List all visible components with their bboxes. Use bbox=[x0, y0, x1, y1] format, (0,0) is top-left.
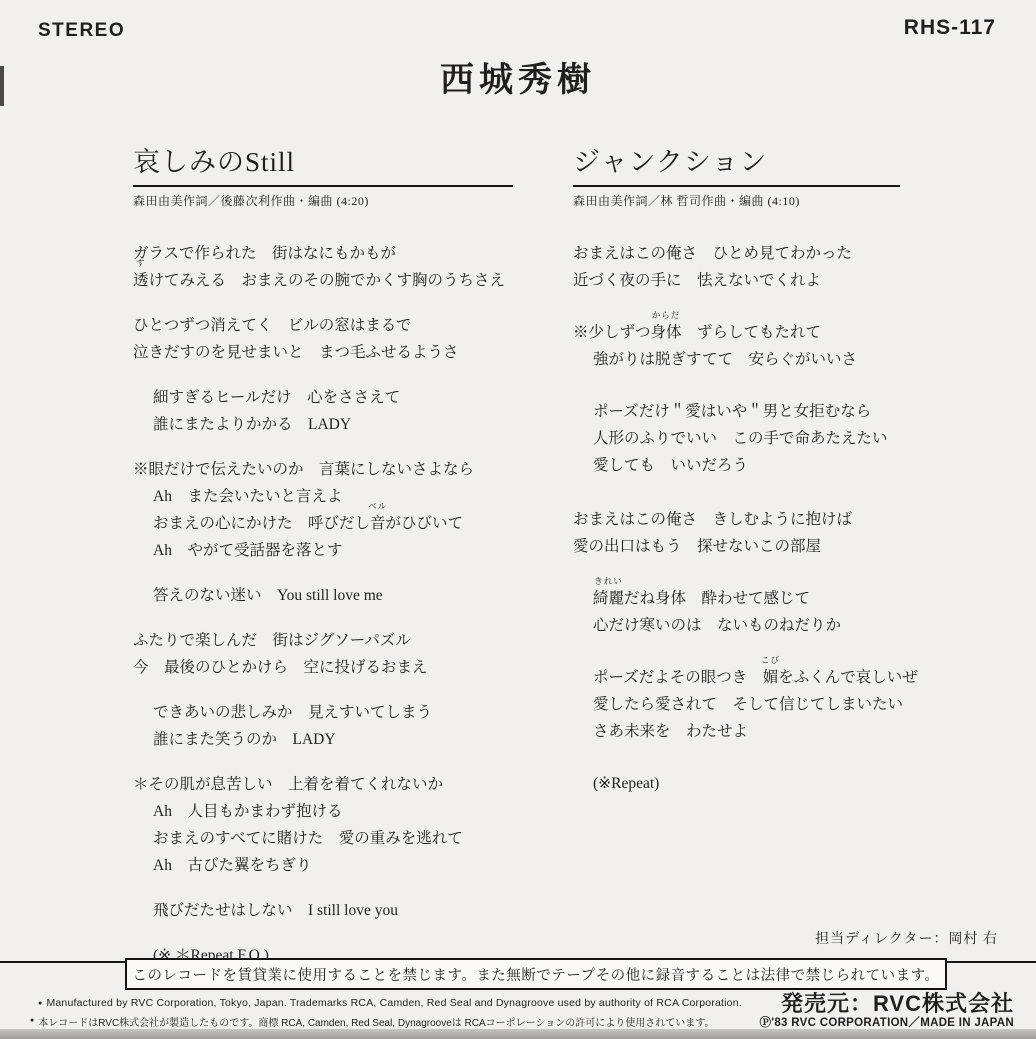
song-title: ジャンクション bbox=[573, 140, 900, 187]
manufactured-line-jp: ● 本レコードはRVC株式会社が製造したものです。商標 RCA, Camden,… bbox=[30, 1014, 714, 1029]
stanza: おまえはこの俺さ きしむように抱けば愛の出口はもう 探せないこの部屋 bbox=[573, 506, 1025, 560]
bullet-icon: ● bbox=[38, 1000, 42, 1007]
furigana: こび bbox=[761, 656, 780, 665]
lyric-line: 誰にまたよりかかる LADY bbox=[133, 411, 565, 438]
lyrics: おまえはこの俺さ ひとめ見てわかった近づく夜の手に 怯えないでくれよ※少しずつ身… bbox=[573, 240, 1025, 797]
manufactured-text-jp: 本レコードはRVC株式会社が製造したものです。商標 RCA, Camden, R… bbox=[38, 1014, 714, 1029]
song-section-left: 哀しみのStill 森田由美作詞／後藤次利作曲・編曲 (4:20) ガラスで作ら… bbox=[133, 140, 565, 987]
artist-name: 西城秀樹 bbox=[0, 52, 1036, 101]
lyric-line: ※少しずつ身体からだ ずらしてもたれて bbox=[573, 319, 1025, 346]
song-title: 哀しみのStill bbox=[133, 140, 513, 187]
lyric-line: 透すけてみえる おまえのその腕でかくす胸のうちさえ bbox=[133, 267, 565, 294]
scan-artifact bbox=[0, 66, 4, 106]
ruby-base: 媚こび bbox=[763, 664, 779, 691]
rental-notice-box: このレコードを賃貸業に使用することを禁じます。また無断でテープその他に録音するこ… bbox=[125, 958, 947, 990]
catalog-number: RHS-117 bbox=[904, 16, 996, 40]
furigana: からだ bbox=[652, 311, 681, 320]
stanza: ※少しずつ身体からだ ずらしてもたれて強がりは脱ぎすてて 安らぐがいいさ bbox=[573, 319, 1025, 373]
stanza: (※Repeat) bbox=[573, 770, 1025, 797]
lyric-line: 愛しても いいだろう bbox=[573, 452, 1025, 479]
furigana: す bbox=[136, 259, 146, 268]
lyric-line: 心だけ寒いのは ないものねだりか bbox=[573, 612, 1025, 639]
lyric-line: 細すぎるヒールだけ 心をささえて bbox=[133, 384, 565, 411]
lyric-line: ひとつずつ消えてく ビルの窓はまるで bbox=[133, 312, 565, 339]
bullet-icon: ● bbox=[30, 1017, 34, 1024]
stanza: できあいの悲しみか 見えすいてしまう誰にまた笑うのか LADY bbox=[133, 699, 565, 753]
lyric-line: 人形のふりでいい この手で命あたえたい bbox=[573, 425, 1025, 452]
stanza: 答えのない迷い You still love me bbox=[133, 582, 565, 609]
lyric-line: 愛の出口はもう 探せないこの部屋 bbox=[573, 533, 1025, 560]
lyric-line: できあいの悲しみか 見えすいてしまう bbox=[133, 699, 565, 726]
copyright-line: Ⓟ'83 RVC CORPORATION／MADE IN JAPAN bbox=[760, 1014, 1014, 1030]
lyric-line: ポーズだけ＂愛はいや＂男と女拒むなら bbox=[573, 398, 1025, 425]
ruby-base: 透す bbox=[133, 267, 149, 294]
manufactured-text-en: Manufactured by RVC Corporation, Tokyo, … bbox=[46, 997, 741, 1009]
lyric-line: ＊その肌が息苦しい 上着を着てくれないか bbox=[133, 771, 565, 798]
stanza: ガラスで作られた 街はなにもかもが透すけてみえる おまえのその腕でかくす胸のうち… bbox=[133, 240, 565, 294]
lyric-line: ※眼だけで伝えたいのか 言葉にしないさよなら bbox=[133, 456, 565, 483]
lyric-line: 誰にまた笑うのか LADY bbox=[133, 726, 565, 753]
lyric-line: 近づく夜の手に 怯えないでくれよ bbox=[573, 267, 1025, 294]
stanza: 綺麗きれいだね身体 酔わせて感じて心だけ寒いのは ないものねだりか bbox=[573, 585, 1025, 639]
lyric-line: おまえはこの俺さ ひとめ見てわかった bbox=[573, 240, 1025, 267]
lyric-line: おまえの心にかけた 呼びだし音ベルがひびいて bbox=[133, 510, 565, 537]
furigana: きれい bbox=[594, 577, 623, 586]
ruby-base: 身体からだ bbox=[651, 319, 682, 346]
lyric-line: 綺麗きれいだね身体 酔わせて感じて bbox=[573, 585, 1025, 612]
stanza: 飛びだたせはしない I still love you bbox=[133, 897, 565, 924]
stanza: 細すぎるヒールだけ 心をささえて誰にまたよりかかる LADY bbox=[133, 384, 565, 438]
lyric-line: 泣きだすのを見せまいと まつ毛ふせるようさ bbox=[133, 339, 565, 366]
lyric-line: おまえのすべてに賭けた 愛の重みを逃れて bbox=[133, 825, 565, 852]
lyrics: ガラスで作られた 街はなにもかもが透すけてみえる おまえのその腕でかくす胸のうち… bbox=[133, 240, 565, 969]
lyric-line: (※Repeat) bbox=[573, 770, 1025, 797]
lyric-line: Ah また会いたいと言えよ bbox=[133, 483, 565, 510]
lyric-line: Ah 古びた翼をちぎり bbox=[133, 852, 565, 879]
lyric-line: さあ未来を わたせよ bbox=[573, 718, 1025, 745]
stanza: ※眼だけで伝えたいのか 言葉にしないさよならAh また会いたいと言えよおまえの心… bbox=[133, 456, 565, 564]
lyric-line: 愛したら愛されて そして信じてしまいたい bbox=[573, 691, 1025, 718]
lyric-line: ふたりで楽しんだ 街はジグソーパズル bbox=[133, 627, 565, 654]
stanza: おまえはこの俺さ ひとめ見てわかった近づく夜の手に 怯えないでくれよ bbox=[573, 240, 1025, 294]
lyric-line: 今 最後のひとかけら 空に投げるおまえ bbox=[133, 654, 565, 681]
lyric-line: 答えのない迷い You still love me bbox=[133, 582, 565, 609]
stanza: ＊その肌が息苦しい 上着を着てくれないかAh 人目もかまわず抱けるおまえのすべて… bbox=[133, 771, 565, 879]
ruby-base: 綺麗きれい bbox=[593, 585, 624, 612]
director-credit: 担当ディレクター：岡村 右 bbox=[815, 928, 998, 948]
stanza: ポーズだけ＂愛はいや＂男と女拒むなら人形のふりでいい この手で命あたえたい愛して… bbox=[573, 398, 1025, 479]
lyric-line: 飛びだたせはしない I still love you bbox=[133, 897, 565, 924]
stanza: ふたりで楽しんだ 街はジグソーパズル今 最後のひとかけら 空に投げるおまえ bbox=[133, 627, 565, 681]
lyric-line: Ah やがて受話器を落とす bbox=[133, 537, 565, 564]
ruby-base: 音ベル bbox=[370, 510, 386, 537]
lyric-line: ガラスで作られた 街はなにもかもが bbox=[133, 240, 565, 267]
song-credit: 森田由美作詞／後藤次利作曲・編曲 (4:20) bbox=[133, 192, 565, 209]
furigana: ベル bbox=[368, 502, 387, 511]
stanza: ポーズだよその眼つき 媚こびをふくんで哀しいぜ愛したら愛されて そして信じてしま… bbox=[573, 664, 1025, 745]
song-section-right: ジャンクション 森田由美作詞／林 哲司作曲・編曲 (4:10) おまえはこの俺さ… bbox=[573, 140, 1025, 822]
stereo-label: STEREO bbox=[38, 20, 125, 42]
lyric-line: 強がりは脱ぎすてて 安らぐがいいさ bbox=[573, 346, 1025, 373]
lyric-line: ポーズだよその眼つき 媚こびをふくんで哀しいぜ bbox=[573, 664, 1025, 691]
scan-edge-band bbox=[0, 1029, 1036, 1039]
song-credit: 森田由美作詞／林 哲司作曲・編曲 (4:10) bbox=[573, 192, 1025, 209]
manufactured-line-en: ● Manufactured by RVC Corporation, Tokyo… bbox=[38, 997, 742, 1009]
lyric-line: おまえはこの俺さ きしむように抱けば bbox=[573, 506, 1025, 533]
lyric-line: Ah 人目もかまわず抱ける bbox=[133, 798, 565, 825]
rental-notice-text: このレコードを賃貸業に使用することを禁じます。また無断でテープその他に録音するこ… bbox=[133, 964, 940, 985]
stanza: ひとつずつ消えてく ビルの窓はまるで泣きだすのを見せまいと まつ毛ふせるようさ bbox=[133, 312, 565, 366]
